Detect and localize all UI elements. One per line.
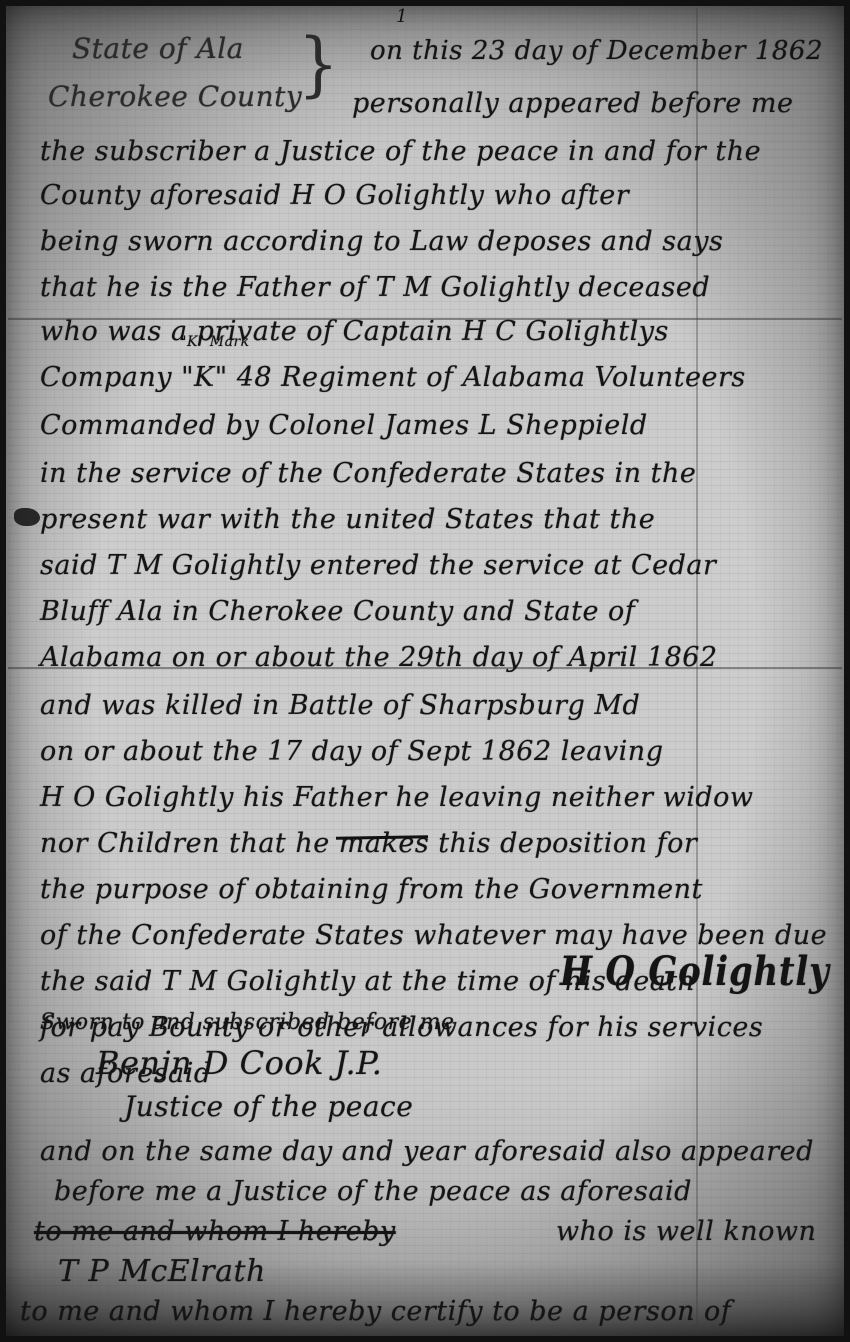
body-line-7: who was a private of Captain H C Golight… [40, 316, 669, 347]
body-line-2: personally appeared before me [352, 88, 793, 119]
body-line-9: Commanded by Colonel James L Sheppield [40, 410, 648, 441]
body-line-12: said T M Golightly entered the service a… [40, 550, 716, 581]
jurat-official-name: Benjn D Cook J.P. [96, 1044, 382, 1082]
body-line-13: Bluff Ala in Cherokee County and State o… [40, 596, 635, 627]
deponent-signature: H O Golightly [560, 948, 830, 995]
body-line-16: on or about the 17 day of Sept 1862 leav… [40, 736, 663, 767]
venue-state: State of Ala [72, 32, 244, 65]
body-line-11: present war with the united States that … [40, 504, 655, 535]
jurat-official-title: Justice of the peace [124, 1090, 413, 1123]
continuation-line-3: who is well known [556, 1216, 816, 1247]
body-line-6: that he is the Father of T M Golightly d… [40, 272, 710, 303]
body-line-15: and was killed in Battle of Sharpsburg M… [40, 690, 640, 721]
body-line-5: being sworn according to Law deposes and… [40, 226, 723, 257]
document-page: 1 State of Ala Cherokee County } on this… [0, 0, 850, 1342]
struck-text-content: to me and whom I hereby [34, 1216, 396, 1247]
body-line-3: the subscriber a Justice of the peace in… [40, 136, 761, 167]
body-line-20: of the Confederate States whatever may h… [40, 920, 827, 951]
body-line-19: the purpose of obtaining from the Govern… [40, 874, 703, 905]
interlinear-note: "K" Mark [180, 334, 250, 350]
body-line-17: H O Golightly his Father he leaving neit… [40, 782, 754, 813]
venue-county: Cherokee County [48, 80, 302, 113]
body-line-14: Alabama on or about the 29th day of Apri… [40, 642, 718, 673]
witness-name: T P McElrath [58, 1254, 266, 1289]
struck-text: to me and whom I hereby [34, 1216, 396, 1247]
body-line-1: on this 23 day of December 1862 [370, 36, 823, 66]
jurat-sworn-line: Sworn to and subscribed before me [40, 1010, 455, 1035]
ink-blot [14, 508, 40, 526]
body-line-8: Company "K" 48 Regiment of Alabama Volun… [40, 362, 746, 393]
body-line-4: County aforesaid H O Golightly who after [40, 180, 629, 211]
venue-brace: } [298, 24, 339, 105]
page-number-mark: 1 [396, 6, 407, 27]
continuation-line-4: to me and whom I hereby certify to be a … [20, 1296, 731, 1327]
body-line-10: in the service of the Confederate States… [40, 458, 696, 489]
body-line-18: nor Children that he makes this depositi… [40, 828, 697, 859]
continuation-line-1: and on the same day and year aforesaid a… [40, 1136, 814, 1167]
continuation-line-2: before me a Justice of the peace as afor… [54, 1176, 692, 1207]
